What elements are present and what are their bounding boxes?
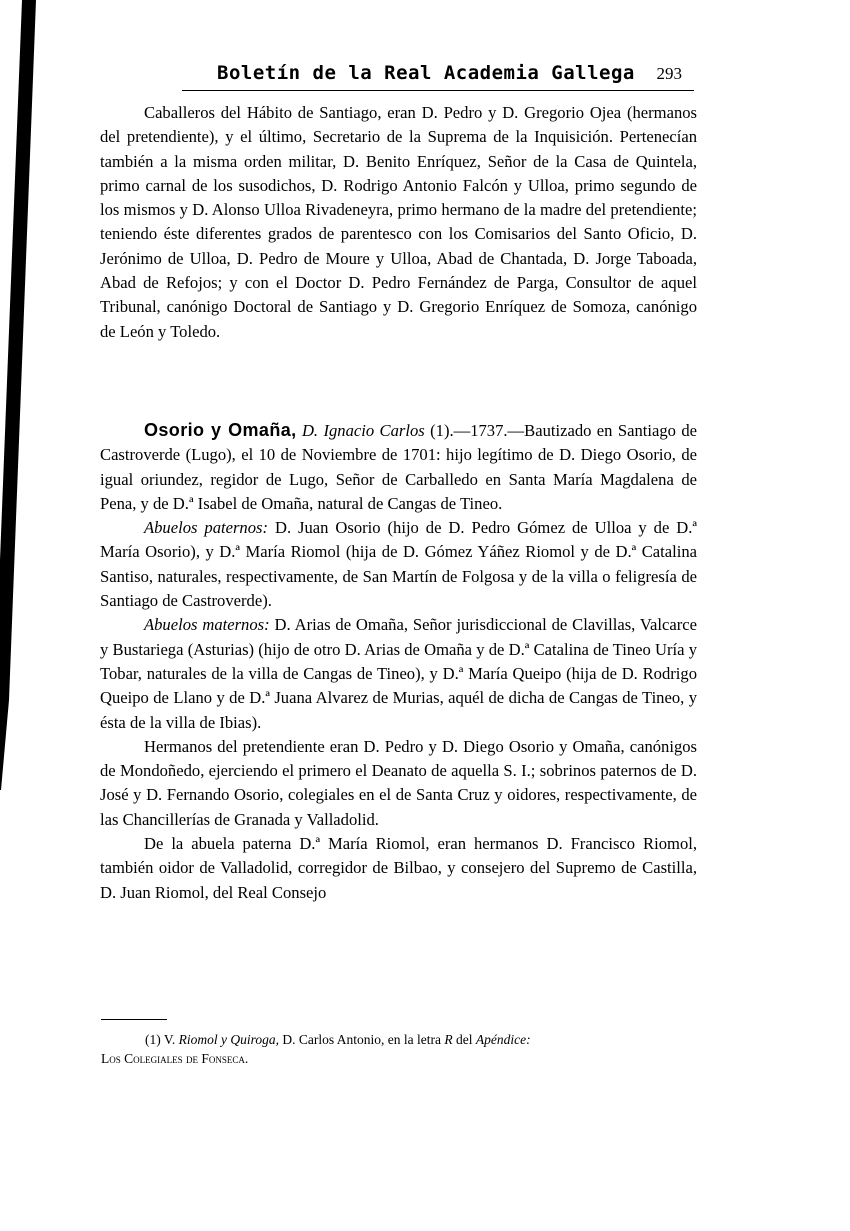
entry-osorio-y-omana: Osorio y Omaña, D. Ignacio Carlos (1).—1… bbox=[100, 418, 697, 905]
running-title: Boletín de la Real Academia Gallega bbox=[217, 62, 635, 84]
footnote-appendix: Apéndice: bbox=[476, 1032, 531, 1047]
abuelos-paternos-label: Abuelos paternos: bbox=[144, 518, 268, 537]
entry-given-name: D. Ignacio Carlos bbox=[302, 421, 425, 440]
entry-surname: Osorio y Omaña, bbox=[144, 420, 297, 440]
paragraph-abuelos-maternos: Abuelos maternos: D. Arias de Omaña, Señ… bbox=[100, 613, 697, 734]
footnote-ref-title: Riomol y Quiroga, bbox=[179, 1032, 279, 1047]
footnote-text-v: V. bbox=[161, 1032, 179, 1047]
paragraph-caballeros: Caballeros del Hábito de Santiago, eran … bbox=[100, 101, 697, 344]
paragraph-hermanos: Hermanos del pretendiente eran D. Pedro … bbox=[100, 735, 697, 832]
running-header: Boletín de la Real Academia Gallega 293 bbox=[182, 56, 694, 91]
page-number: 293 bbox=[657, 64, 683, 84]
footnote-letter: R bbox=[444, 1032, 452, 1047]
entry-heading-paragraph: Osorio y Omaña, D. Ignacio Carlos (1).—1… bbox=[100, 418, 697, 516]
footnote-series: Los Colegiales de Fonseca. bbox=[101, 1051, 248, 1066]
footnote-divider bbox=[101, 1019, 167, 1020]
paragraph-abuelos-paternos: Abuelos paternos: D. Juan Osorio (hijo d… bbox=[100, 516, 697, 613]
abuelos-maternos-label: Abuelos maternos: bbox=[144, 615, 270, 634]
footnote-text-mid: D. Carlos Antonio, en la letra bbox=[279, 1032, 444, 1047]
paragraph-abuela-paterna: De la abuela paterna D.ª María Riomol, e… bbox=[100, 832, 697, 905]
footnote-text-del: del bbox=[453, 1032, 476, 1047]
footnote-marker: (1) bbox=[101, 1032, 161, 1047]
page-binding-shadow bbox=[0, 0, 40, 1231]
footnote: (1) V. Riomol y Quiroga, D. Carlos Anton… bbox=[101, 1030, 698, 1068]
continued-paragraph: Caballeros del Hábito de Santiago, eran … bbox=[100, 101, 697, 344]
